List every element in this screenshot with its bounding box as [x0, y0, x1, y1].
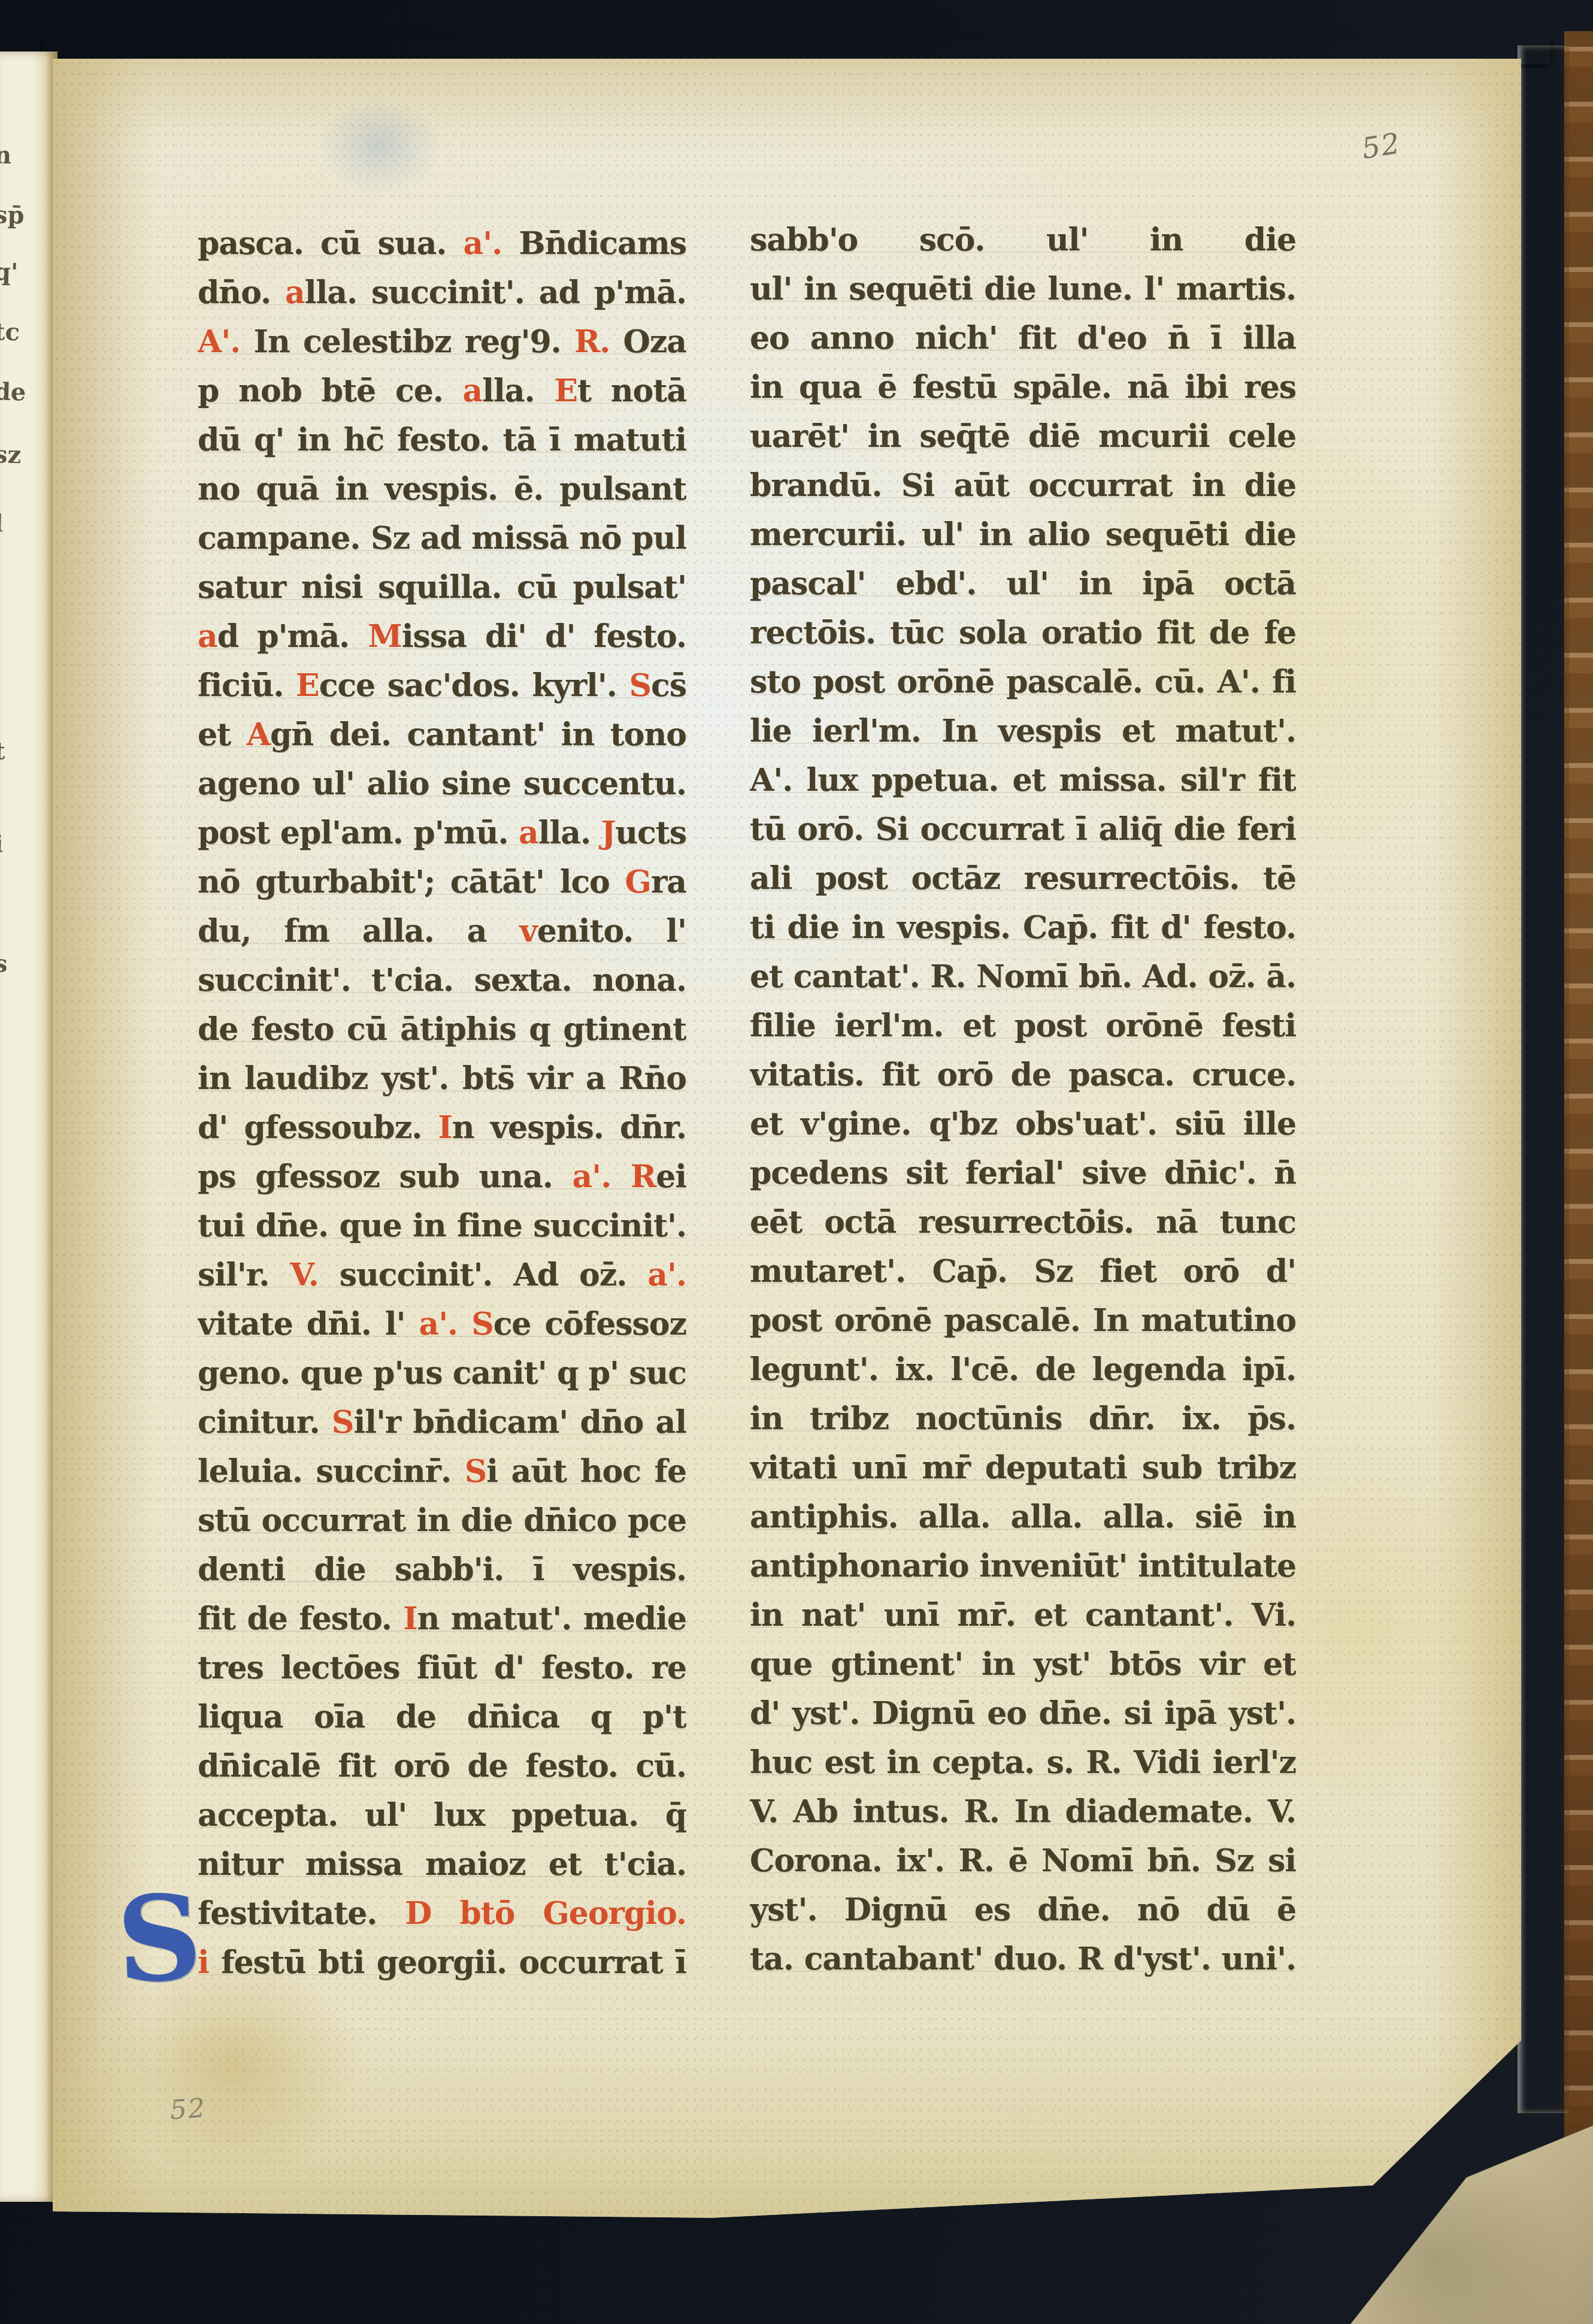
manuscript-text: d' yst'. Dignū eo dn̄e. si ipā yst'. ad	[750, 1695, 1296, 1738]
text-line: A'. lux ppetua. et missa. sil'r fit tā	[750, 756, 1296, 805]
folio-number-top: 52	[1359, 126, 1403, 165]
manuscript-text: Bn̄dicams	[502, 225, 686, 262]
manuscript-text: In celestibz reg'9.	[240, 323, 574, 360]
edge-text-fragment: n	[0, 141, 28, 170]
text-line: ficiū. Ecce sac'dos. kyrl'. Scs̄	[198, 661, 686, 710]
rubricated-text: A'.	[198, 323, 240, 360]
text-line: satur nisi squilla. cū pulsat'	[198, 563, 686, 612]
manuscript-text: geno. que p'us canit' q p' suc	[198, 1355, 686, 1391]
manuscript-text: mercurii. ul' in alio sequēti die	[750, 516, 1296, 553]
manuscript-text: succinit'. Ad oz̄.	[319, 1257, 648, 1293]
rubricated-text: A	[247, 716, 270, 753]
manuscript-text: festū bti georgii. occurrat ī	[209, 1944, 686, 1981]
manuscript-text: V. Ab intus. R. In diademate. V.	[750, 1793, 1296, 1830]
text-line: huc est in cepta. s. R. Vidi ierl'z	[750, 1738, 1296, 1787]
rubricated-text: V.	[290, 1257, 318, 1293]
manuscript-text: sabb'o scō. ul' in die resurrectōnis	[750, 222, 1296, 265]
text-line: campane. Sz ad missā nō pul	[198, 514, 686, 563]
text-line: denti die sabb'i. ī vespis. Cap̄.	[198, 1545, 686, 1594]
text-line: tui dn̄e. que in fine succinit'.	[198, 1202, 686, 1251]
text-line: stū occurrat in die dn̄ico pce	[198, 1496, 686, 1545]
text-line: dn̄icalē fit orō de festo. cū. a'.	[198, 1742, 686, 1791]
rubricated-text: M	[368, 618, 402, 655]
manuscript-text: tū orō. Si occurrat ī aliq̄ die feri	[750, 811, 1296, 848]
left-text-column: pasca. cū sua. a'. Bn̄dicamsdn̄o. alla. …	[198, 219, 686, 2010]
manuscript-text: et v'gine. q'bz obs'uat'. siū ille diē	[750, 1106, 1296, 1149]
manuscript-text: yst'. Dignū es dn̄e. nō dū ē incep	[750, 1892, 1296, 1935]
text-line: in qua ē festū spāle. nā ibi res	[750, 363, 1296, 412]
text-line: lie ierl'm. In vespis et matut'. cū.	[750, 707, 1296, 756]
text-line: eēt octā resurrectōis. nā tunc nō	[750, 1198, 1296, 1247]
rubricated-text: R.	[574, 323, 610, 360]
manuscript-text: stū occurrat in die dn̄ico pce	[198, 1502, 686, 1539]
manuscript-text: post epl'am. p'mū.	[198, 815, 519, 851]
manuscript-text: denti die sabb'i. ī vespis.	[198, 1551, 686, 1588]
edge-text-fragment: q'	[0, 258, 28, 286]
manuscript-text: legunt'. ix. l'cē. de legenda ipī. et	[750, 1351, 1296, 1394]
manuscript-text: pasca. cū sua.	[198, 225, 464, 262]
rubricated-text: E	[296, 667, 319, 704]
manuscript-text: nitur missa maioz et t'cia. de	[198, 1846, 686, 1889]
edge-text-fragment: de	[0, 377, 28, 406]
manuscript-text: ageno ul' alio sine succentu.	[198, 765, 686, 802]
text-line: dū q' in hc̄ festo. tā ī matuti	[198, 416, 686, 465]
manuscript-text: dn̄o.	[198, 274, 285, 311]
manuscript-text: eēt octā resurrectōis. nā tunc nō	[750, 1204, 1296, 1247]
manuscript-text	[458, 1306, 471, 1342]
text-line: ad p'mā. Missa di' d' festo. of	[198, 612, 686, 661]
rubricated-text: G	[625, 864, 650, 900]
text-line: et cantat'. R. Nomī bn̄. Ad. oz̄. ā.	[750, 952, 1296, 1001]
text-line: i festū bti georgii. occurrat ī	[198, 1938, 686, 1987]
text-line: brandū. Si aūt occurrat in die	[750, 461, 1296, 510]
text-line: rectōis. tūc sola oratio fit de fe	[750, 609, 1296, 658]
manuscript-text: brandū. Si aūt occurrat in die	[750, 467, 1296, 504]
manuscript-text: n vespis. dn̄r.	[452, 1109, 686, 1146]
manuscript-text: liqua oīa de dn̄ica q p't ordnē	[198, 1699, 686, 1742]
rubricated-text: a	[519, 815, 538, 851]
manuscript-text: mutaret'. Cap̄. Sz fiet orō d' festo	[750, 1253, 1296, 1296]
edge-yellowing-bottom	[53, 2025, 1521, 2222]
rubricated-text: a	[463, 373, 483, 409]
rubricated-text: E	[554, 373, 577, 409]
manuscript-text: cs̄	[651, 667, 686, 704]
folio-number-bottom: 52	[169, 2093, 207, 2126]
text-line: ul' in sequēti die lune. l' martis.	[750, 265, 1296, 314]
text-line: post epl'am. p'mū. alla. Jucts	[198, 809, 686, 858]
text-line: mercurii. ul' in alio sequēti die	[750, 510, 1296, 559]
text-line: in nat' unī mr̄. et cantant'. Vi. Rsia	[750, 1591, 1296, 1640]
edge-text-fragment: t	[0, 737, 28, 765]
rubricated-text: J	[601, 815, 616, 851]
text-line: no quā in vespis. ē. pulsant	[198, 465, 686, 514]
text-line: d' yst'. Dignū eo dn̄e. si ipā yst'. ad	[750, 1689, 1296, 1738]
text-line: pasca. cū sua. a'. Bn̄dicams	[198, 219, 686, 268]
right-text-column: sabb'o scō. ul' in die resurrectōnisul' …	[750, 216, 1296, 2007]
manuscript-text: ali post octāz resurrectōis. tē pcedē	[750, 860, 1296, 903]
manuscript-text: Oza	[610, 323, 686, 360]
rubricated-text: S	[629, 667, 652, 704]
manuscript-text: antiphis. alla. alla. alla. siē in	[750, 1499, 1296, 1535]
text-line: pcedens sit ferial' sive dn̄ic'. n̄	[750, 1149, 1296, 1198]
edge-text-fragment: i	[0, 830, 28, 858]
manuscript-text: in qua ē festū spāle. nā ibi res	[750, 369, 1296, 406]
manuscript-text: leluia. succinr̄.	[198, 1453, 465, 1490]
manuscript-text: no quā in vespis. ē. pulsant	[198, 471, 686, 507]
manuscript-text: ta. cantabant' duo. R d'yst'. uni'.	[750, 1941, 1296, 1977]
text-line: tū orō. Si occurrat ī aliq̄ die feri	[750, 805, 1296, 854]
manuscript-text: campane. Sz ad missā nō pul	[198, 520, 686, 556]
manuscript-text: satur nisi squilla. cū pulsat'	[198, 569, 686, 606]
text-line: ali post octāz resurrectōis. tē pcedē	[750, 854, 1296, 903]
facing-page-edge: nsp̄q'tcdeszltis	[0, 52, 57, 2202]
rubricated-text: a	[198, 618, 217, 655]
text-line: uarēt' in seq̄tē diē mcurii cele	[750, 412, 1296, 461]
manuscript-text: ra	[651, 864, 686, 900]
manuscript-text: p nob btē ce.	[198, 373, 463, 409]
text-line: et Agn̄ dei. cantant' in tono fin	[198, 710, 686, 759]
manuscript-text: post orōnē pascalē. In matutino	[750, 1302, 1296, 1339]
text-line: et v'gine. q'bz obs'uat'. siū ille diē	[750, 1100, 1296, 1149]
rubricated-text: a'.	[573, 1158, 611, 1195]
manuscript-text: pascal' ebd'. ul' in ipā octā resur	[750, 565, 1296, 609]
text-line: festivitate. D btō Georgio.	[198, 1889, 686, 1938]
manuscript-text: dū q' in hc̄ festo. tā ī matuti	[198, 422, 686, 458]
manuscript-text: cce sac'dos. kyrl'.	[319, 667, 629, 704]
text-line: pascal' ebd'. ul' in ipā octā resur	[750, 559, 1296, 609]
manuscript-text: tres lectōes fiūt d' festo. re	[198, 1650, 686, 1686]
manuscript-text: il'r bn̄dicam' dn̄o al	[353, 1404, 686, 1441]
rubricated-text: I	[438, 1109, 452, 1146]
manuscript-page: 52 52 pasca. cū sua. a'. Bn̄dicamsdn̄o. …	[53, 59, 1521, 2222]
text-line: p nob btē ce. alla. Et notā	[198, 367, 686, 416]
manuscript-text: lie ierl'm. In vespis et matut'. cū.	[750, 713, 1296, 756]
text-line: d' gfessoubz. In vespis. dn̄r.	[198, 1103, 686, 1152]
manuscript-text: gn̄ dei. cantant' in tono fin	[198, 716, 686, 759]
manuscript-text: in nat' unī mr̄. et cantant'. Vi. Rsia	[750, 1597, 1296, 1640]
manuscript-text: et	[198, 716, 247, 753]
text-line: cinitur. Sil'r bn̄dicam' dn̄o al	[198, 1398, 686, 1447]
manuscript-text: du, fm alla. a	[198, 913, 520, 949]
manuscript-text: pcedens sit ferial' sive dn̄ic'. n̄	[750, 1155, 1296, 1191]
rubricated-text: a'.	[419, 1306, 458, 1342]
text-line: accepta. ul' lux ppetua. q̄ succi	[198, 1791, 686, 1840]
manuscript-text: fit de festo.	[198, 1600, 403, 1637]
text-line: vitate dn̄i. l' a'. Sce cōfessoz	[198, 1300, 686, 1349]
manuscript-text: uarēt' in seq̄tē diē mcurii cele	[750, 418, 1296, 455]
text-line: fit de festo. In matut'. medie	[198, 1594, 686, 1644]
edge-text-fragment: l	[0, 509, 28, 538]
rubricated-text: R	[631, 1158, 656, 1195]
text-line: Corona. ix'. R. ē Nomī bn̄. Sz si	[750, 1836, 1296, 1886]
manuscript-photo: nsp̄q'tcdeszltis 52 52 pasca. cū sua. a'…	[0, 0, 1593, 2324]
manuscript-text: nō gturbabit'; cātāt' lco	[198, 864, 625, 900]
manuscript-text: eo anno nich' fit d'eo n̄ ī illa occā	[750, 320, 1296, 363]
rubricated-text: a'.	[647, 1257, 686, 1293]
text-line: legunt'. ix. l'cē. de legenda ipī. et	[750, 1345, 1296, 1394]
text-line: liqua oīa de dn̄ica q p't ordnē	[198, 1693, 686, 1742]
manuscript-text: ti die in vespis. Cap̄. fit d' festo.	[750, 909, 1296, 946]
manuscript-text: lla.	[538, 815, 601, 851]
manuscript-text: cinitur.	[198, 1404, 332, 1441]
text-line: antiphis. alla. alla. alla. siē in	[750, 1493, 1296, 1542]
text-line: nō gturbabit'; cātāt' lco Gra	[198, 858, 686, 907]
manuscript-text: d' gfessoubz.	[198, 1109, 438, 1146]
text-line: dn̄o. alla. succinit'. ad p'mā.	[198, 268, 686, 317]
edge-yellowing-top	[53, 59, 1521, 149]
rubricated-text: S	[471, 1306, 493, 1342]
manuscript-text: dn̄icalē fit orō de festo. cū.	[198, 1748, 686, 1784]
text-line: succinit'. t'cia. sexta. nona. dn̄r	[198, 956, 686, 1005]
text-line: ageno ul' alio sine succentu.	[198, 759, 686, 809]
manuscript-text: vitati unī mr̄ deputati sub tribz	[750, 1450, 1296, 1486]
manuscript-text: sto post orōnē pascalē. cū. A'. fi	[750, 664, 1296, 700]
text-line: filie ierl'm. et post orōnē festi	[750, 1001, 1296, 1051]
manuscript-text: lla. succinit'. ad p'mā.	[305, 274, 686, 311]
rubricated-text: I	[403, 1600, 417, 1637]
text-line: in tribz noctūnis dn̄r. ix. p̄s. festi	[750, 1394, 1296, 1444]
text-line: ti die in vespis. Cap̄. fit d' festo.	[750, 903, 1296, 952]
manuscript-text: in laudibz yst'. bts̄ vir a Rn̄o	[198, 1060, 686, 1097]
manuscript-text: antiphonario inveniūt' intitulate	[750, 1548, 1296, 1584]
manuscript-text: ei	[656, 1158, 686, 1195]
text-line: eo anno nich' fit d'eo n̄ ī illa occā	[750, 314, 1296, 363]
text-line: du, fm alla. a venito. l' iuravit.	[198, 907, 686, 956]
text-line: ps gfessoz sub una. a'. Rei	[198, 1152, 686, 1202]
manuscript-text: d p'mā.	[217, 618, 368, 655]
text-line: antiphonario inveniūt' intitulate	[750, 1542, 1296, 1591]
edge-text-fragment: s	[0, 949, 28, 978]
text-line: sil'r. V. succinit'. Ad oz̄. a'. Jci	[198, 1251, 686, 1300]
manuscript-text	[611, 1158, 631, 1195]
edge-text-fragment: sp̄	[0, 201, 28, 229]
text-line: de festo cū ātiphis q gtinent	[198, 1005, 686, 1054]
manuscript-text: ul' in sequēti die lune. l' martis.	[750, 271, 1296, 307]
text-line: geno. que p'us canit' q p' suc	[198, 1349, 686, 1398]
manuscript-text: ce cōfessoz	[493, 1306, 686, 1342]
manuscript-text: Corona. ix'. R. ē Nomī bn̄. Sz si	[750, 1842, 1296, 1879]
manuscript-text: i aūt hoc fe	[486, 1453, 686, 1490]
rubricated-text: a'.	[464, 225, 502, 262]
manuscript-text: de festo cū ātiphis q gtinent	[198, 1011, 686, 1048]
text-line: sto post orōnē pascalē. cū. A'. fi	[750, 658, 1296, 707]
rubricated-text: S	[332, 1404, 354, 1441]
illuminated-initial: S	[114, 1858, 258, 2042]
text-line: yst'. Dignū es dn̄e. nō dū ē incep	[750, 1886, 1296, 1935]
manuscript-text: filie ierl'm. et post orōnē festi	[750, 1007, 1296, 1044]
rubricated-text: a	[285, 274, 305, 311]
manuscript-text: que gtinent' in yst' btōs vir et duo	[750, 1646, 1296, 1689]
manuscript-text: huc est in cepta. s. R. Vidi ierl'z	[750, 1744, 1296, 1781]
manuscript-text: A'. lux ppetua. et missa. sil'r fit tā	[750, 762, 1296, 805]
text-line: que gtinent' in yst' btōs vir et duo	[750, 1640, 1296, 1689]
manuscript-text: ps gfessoz sub una.	[198, 1158, 573, 1195]
text-line: tres lectōes fiūt d' festo. re	[198, 1644, 686, 1693]
manuscript-text: n matut'. medie	[417, 1600, 686, 1637]
manuscript-text: vitate dn̄i. l'	[198, 1306, 419, 1342]
text-line: vitatis. fit orō de pasca. cruce.	[750, 1051, 1296, 1100]
manuscript-text: lla.	[482, 373, 554, 409]
manuscript-text: ucts	[615, 815, 686, 851]
manuscript-text: sil'r.	[198, 1257, 290, 1293]
text-line: post orōnē pascalē. In matutino	[750, 1296, 1296, 1345]
rubricated-text: v	[520, 913, 537, 949]
text-line: sabb'o scō. ul' in die resurrectōnis	[750, 216, 1296, 265]
manuscript-text: et cantat'. R. Nomī bn̄. Ad. oz̄. ā.	[750, 958, 1296, 995]
text-line: nitur missa maioz et t'cia. de	[198, 1840, 686, 1889]
edge-text-fragment: tc	[0, 317, 28, 346]
manuscript-text: tui dn̄e. que in fine succinit'.	[198, 1208, 686, 1244]
manuscript-text: t notā	[577, 373, 686, 409]
book-fore-edge-pages	[1518, 46, 1569, 2113]
manuscript-text: accepta. ul' lux ppetua. q̄ succi	[198, 1797, 686, 1840]
manuscript-text: in tribz noctūnis dn̄r. ix. p̄s. festi	[750, 1400, 1296, 1444]
text-line: ta. cantabant' duo. R d'yst'. uni'.	[750, 1935, 1296, 1984]
text-line: V. Ab intus. R. In diademate. V.	[750, 1787, 1296, 1836]
manuscript-text: ficiū.	[198, 667, 296, 704]
text-line: A'. In celestibz reg'9. R. Oza	[198, 317, 686, 367]
text-line: mutaret'. Cap̄. Sz fiet orō d' festo	[750, 1247, 1296, 1296]
text-line: leluia. succinr̄. Si aūt hoc fe	[198, 1447, 686, 1496]
edge-yellowing-right	[1431, 59, 1521, 2222]
text-line: in laudibz yst'. bts̄ vir a Rn̄o	[198, 1054, 686, 1103]
rubricated-text: D btō Georgio.	[405, 1895, 686, 1932]
rubricated-text: S	[465, 1453, 487, 1490]
manuscript-text: succinit'. t'cia. sexta. nona. dn̄r	[198, 962, 686, 1005]
text-line: vitati unī mr̄ deputati sub tribz	[750, 1444, 1296, 1493]
show-through-initial	[316, 95, 442, 196]
manuscript-text: rectōis. tūc sola oratio fit de fe	[750, 615, 1296, 651]
edge-text-fragment: sz	[0, 440, 28, 469]
manuscript-text: vitatis. fit orō de pasca. cruce.	[750, 1057, 1296, 1093]
